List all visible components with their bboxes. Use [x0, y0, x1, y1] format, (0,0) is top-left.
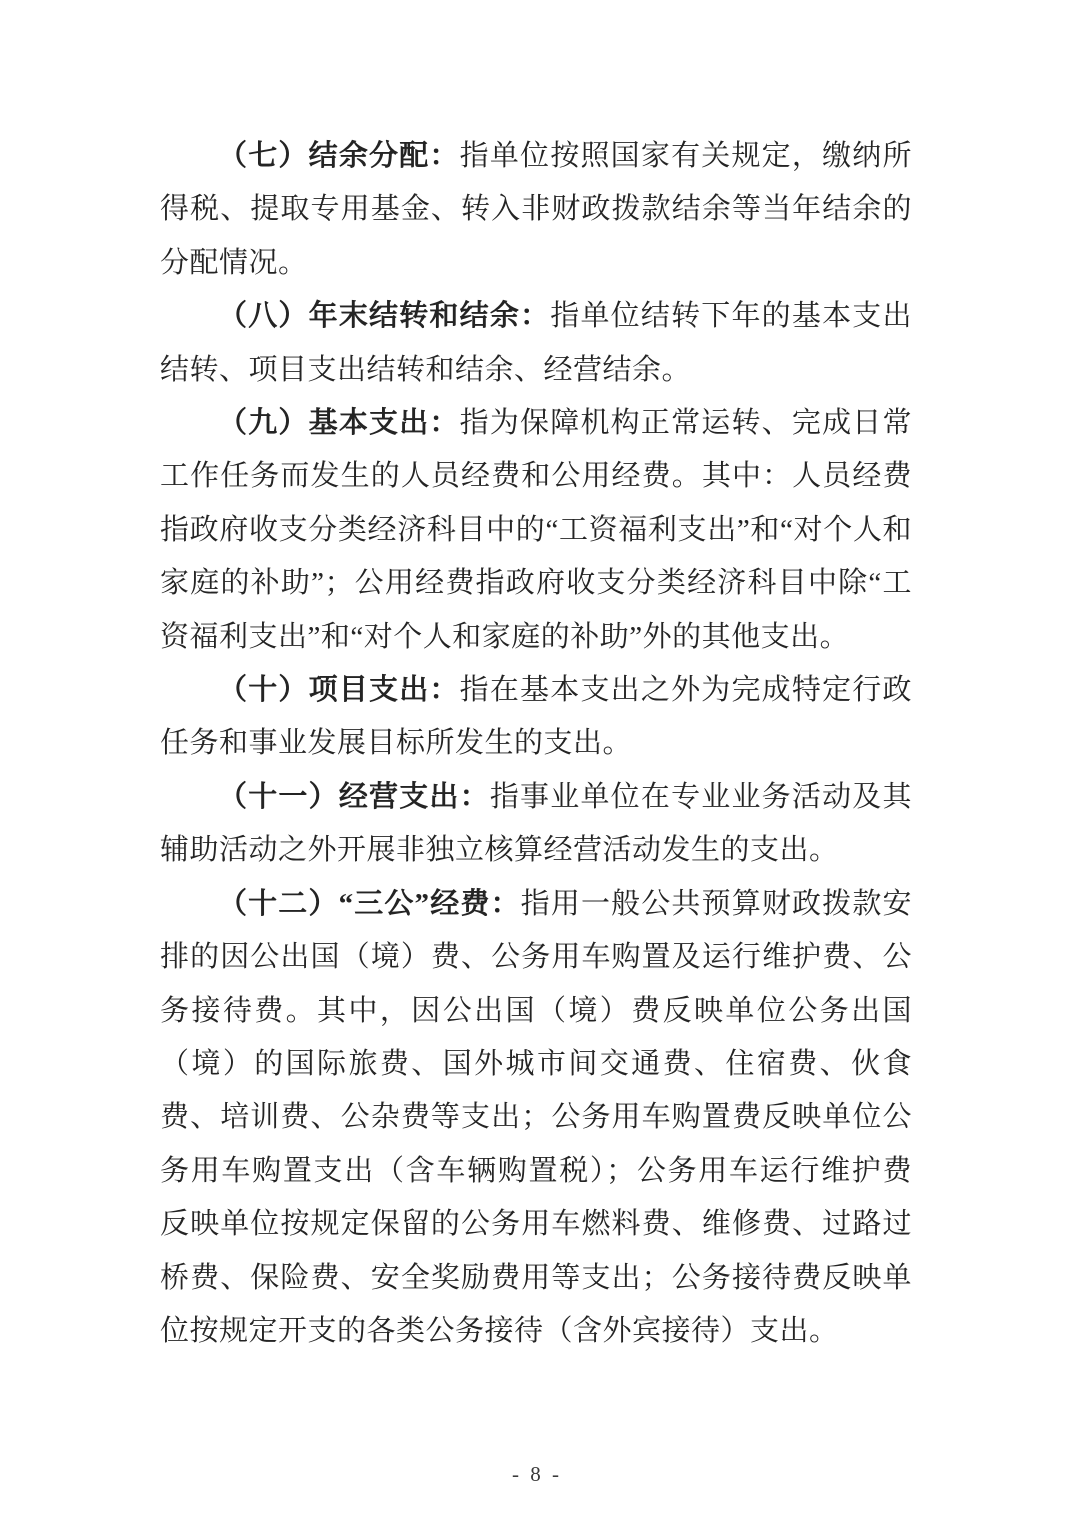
page-footer: - 8 -	[0, 1462, 1074, 1487]
paragraph-item-9: （九）基本支出：指为保障机构正常运转、完成日常工作任务而发生的人员经费和公用经费…	[160, 397, 912, 664]
paragraph-heading: （七）结余分配：	[218, 140, 460, 172]
paragraph-heading: （八）年末结转和结余：	[218, 300, 550, 332]
paragraph-item-12: （十二）“三公”经费：指用一般公共预算财政拨款安排的因公出国（境）费、公务用车购…	[160, 878, 912, 1359]
document-page: （七）结余分配：指单位按照国家有关规定，缴纳所得税、提取专用基金、转入非财政拨款…	[0, 0, 1074, 1520]
paragraph-item-7: （七）结余分配：指单位按照国家有关规定，缴纳所得税、提取专用基金、转入非财政拨款…	[160, 130, 912, 290]
paragraph-heading: （九）基本支出：	[218, 407, 460, 439]
paragraph-heading: （十）项目支出：	[218, 674, 460, 706]
paragraph-item-10: （十）项目支出：指在基本支出之外为完成特定行政任务和事业发展目标所发生的支出。	[160, 664, 912, 771]
paragraph-text: 指为保障机构正常运转、完成日常工作任务而发生的人员经费和公用经费。其中：人员经费…	[160, 407, 912, 653]
paragraph-heading: （十一）经营支出：	[218, 781, 490, 813]
paragraph-item-11: （十一）经营支出：指事业单位在专业业务活动及其辅助活动之外开展非独立核算经营活动…	[160, 771, 912, 878]
paragraph-item-8: （八）年末结转和结余：指单位结转下年的基本支出结转、项目支出结转和结余、经营结余…	[160, 290, 912, 397]
page-number: - 8 -	[512, 1462, 562, 1486]
paragraph-heading: （十二）“三公”经费：	[218, 888, 521, 920]
document-body: （七）结余分配：指单位按照国家有关规定，缴纳所得税、提取专用基金、转入非财政拨款…	[160, 130, 912, 1358]
paragraph-text: 指用一般公共预算财政拨款安排的因公出国（境）费、公务用车购置及运行维护费、公务接…	[160, 888, 912, 1347]
